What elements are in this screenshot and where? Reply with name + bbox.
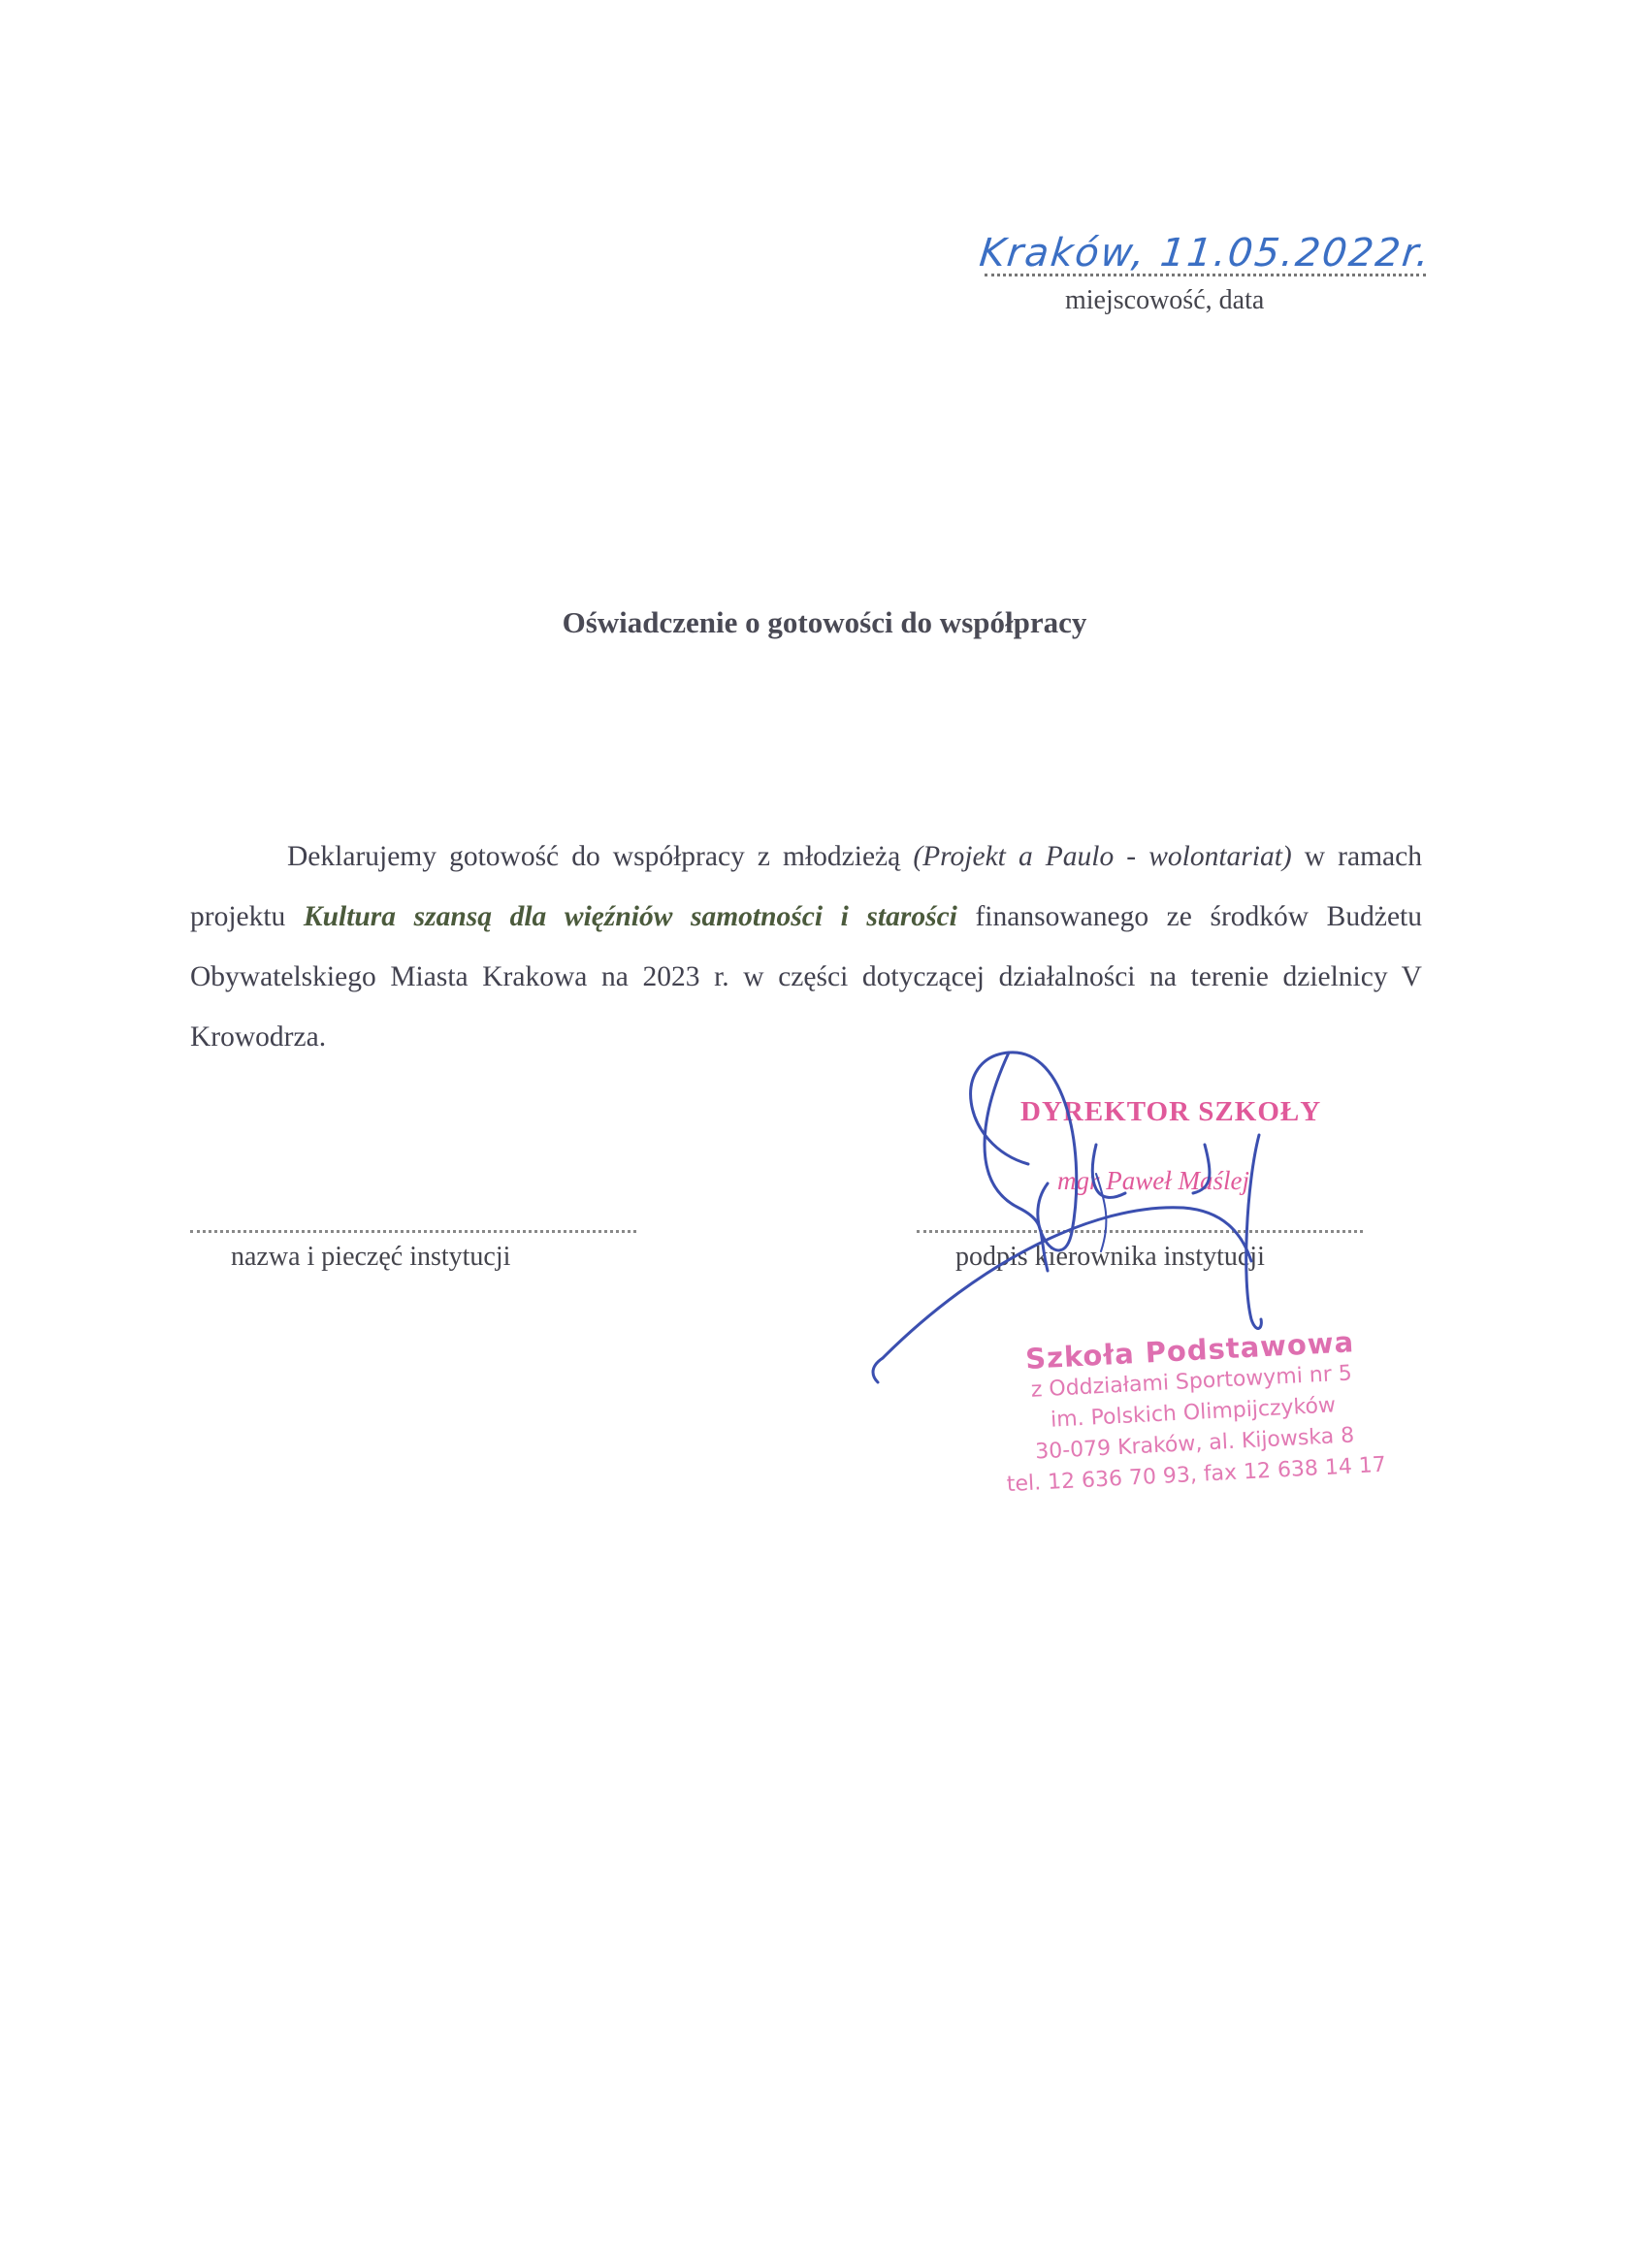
handwritten-place-date: Kraków, 11.05.2022r. [978,231,1434,275]
partner-name: (Projekt a Paulo - wolontariat) [913,841,1291,872]
place-date-dotted-line [985,274,1426,276]
declaration-text-1: Deklarujemy gotowość do współpracy z mło… [287,841,913,872]
school-stamp: Szkoła Podstawowa z Oddziałami Sportowym… [966,1322,1420,1503]
place-date-label: miejscowość, data [1065,285,1264,316]
institution-label: nazwa i pieczęć instytucji [231,1242,510,1273]
document-title: Oświadczenie o gotowości do współpracy [0,605,1649,640]
project-name: Kultura szansą dla więźniów samotności i… [304,901,957,932]
declaration-paragraph: Deklarujemy gotowość do współpracy z mło… [190,826,1422,1067]
institution-dotted-line [190,1230,636,1233]
